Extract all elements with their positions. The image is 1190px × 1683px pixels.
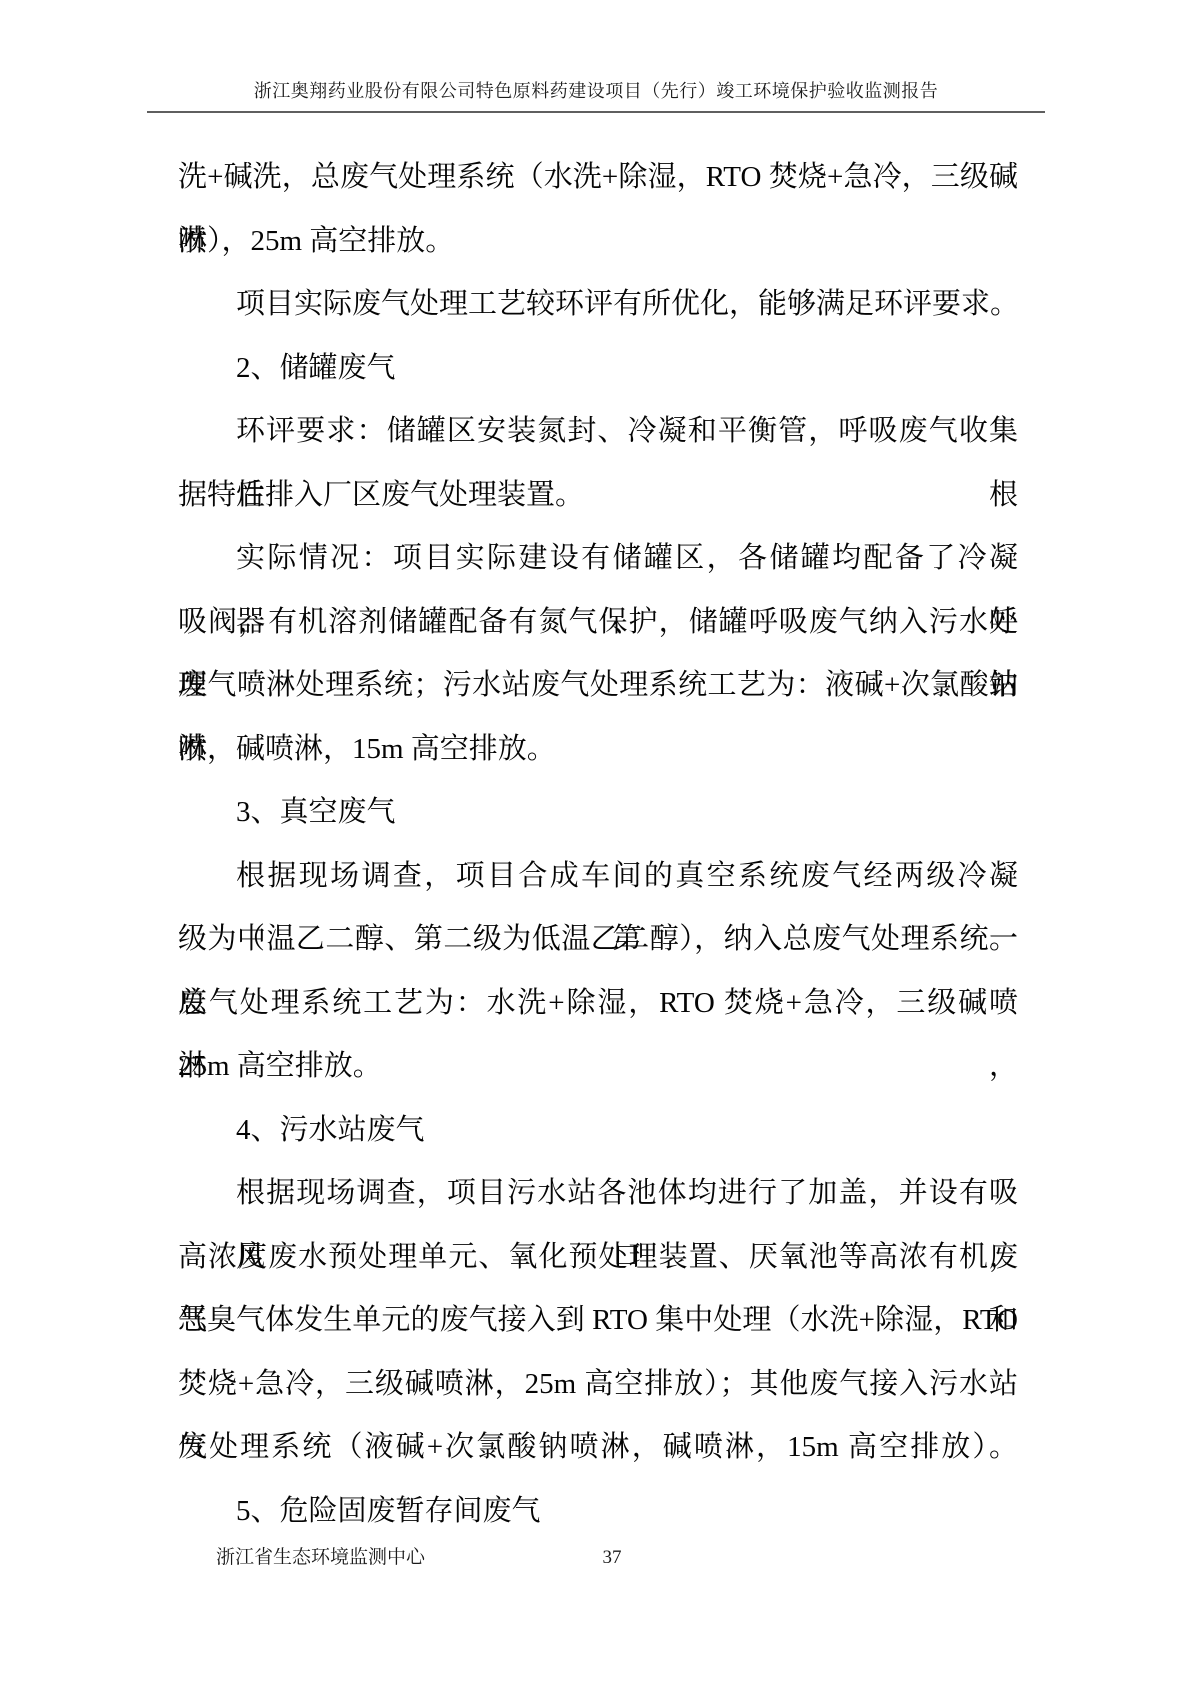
body-line: 高浓度废水预处理单元、氧化预处理装置、厌氧池等高浓有机废气和	[178, 1226, 1018, 1290]
page-header-title: 浙江奥翔药业股份有限公司特色原料药建设项目（先行）竣工环境保护验收监测报告	[147, 79, 1045, 113]
body-line-section-heading: 3、真空废气	[178, 781, 1018, 845]
body-line: 级为中温乙二醇、第二级为低温乙二醇），纳入总废气处理系统。总	[178, 908, 1018, 972]
body-line: 实际情况：项目实际建设有储罐区，各储罐均配备了冷凝器、呼	[178, 527, 1018, 591]
body-line-section-heading: 5、危险固废暂存间废气	[178, 1480, 1018, 1544]
body-line: 根据现场调查，项目污水站各池体均进行了加盖，并设有吸风口，	[178, 1162, 1018, 1226]
body-line-section-heading: 2、储罐废气	[178, 337, 1018, 401]
document-body: 洗+碱洗，总废气处理系统（水洗+除湿，RTO 焚烧+急冷，三级碱喷 淋），25m…	[178, 146, 1018, 1543]
body-line: 吸阀，有机溶剂储罐配备有氮气保护，储罐呼吸废气纳入污水处理站	[178, 591, 1018, 655]
footer-organization: 浙江省生态环境监测中心	[216, 1542, 425, 1574]
body-line: 焚烧+急冷，三级碱喷淋，25m 高空排放）；其他废气接入污水站废	[178, 1353, 1018, 1417]
body-line: 项目实际废气处理工艺较环评有所优化，能够满足环评要求。	[178, 273, 1018, 337]
body-line: 气处理系统（液碱+次氯酸钠喷淋，碱喷淋，15m 高空排放）。	[178, 1416, 1018, 1480]
page-number: 37	[582, 1542, 642, 1574]
body-line: 根据现场调查，项目合成车间的真空系统废气经两级冷凝（第一	[178, 845, 1018, 909]
page-footer: 浙江省生态环境监测中心 37	[178, 1542, 1018, 1574]
body-line-section-heading: 4、污水站废气	[178, 1099, 1018, 1163]
body-line: 淋，碱喷淋，15m 高空排放。	[178, 718, 1018, 782]
body-line: 淋），25m 高空排放。	[178, 210, 1018, 274]
body-line: 废气喷淋处理系统；污水站废气处理系统工艺为：液碱+次氯酸钠喷	[178, 654, 1018, 718]
document-page: 浙江奥翔药业股份有限公司特色原料药建设项目（先行）竣工环境保护验收监测报告 洗+…	[0, 0, 1190, 1683]
body-line: 废气处理系统工艺为：水洗+除湿，RTO 焚烧+急冷，三级碱喷淋，	[178, 972, 1018, 1036]
body-line: 恶臭气体发生单元的废气接入到 RTO 集中处理（水洗+除湿，RTO	[178, 1289, 1018, 1353]
body-line: 洗+碱洗，总废气处理系统（水洗+除湿，RTO 焚烧+急冷，三级碱喷	[178, 146, 1018, 210]
body-line: 环评要求：储罐区安装氮封、冷凝和平衡管，呼吸废气收集后根	[178, 400, 1018, 464]
